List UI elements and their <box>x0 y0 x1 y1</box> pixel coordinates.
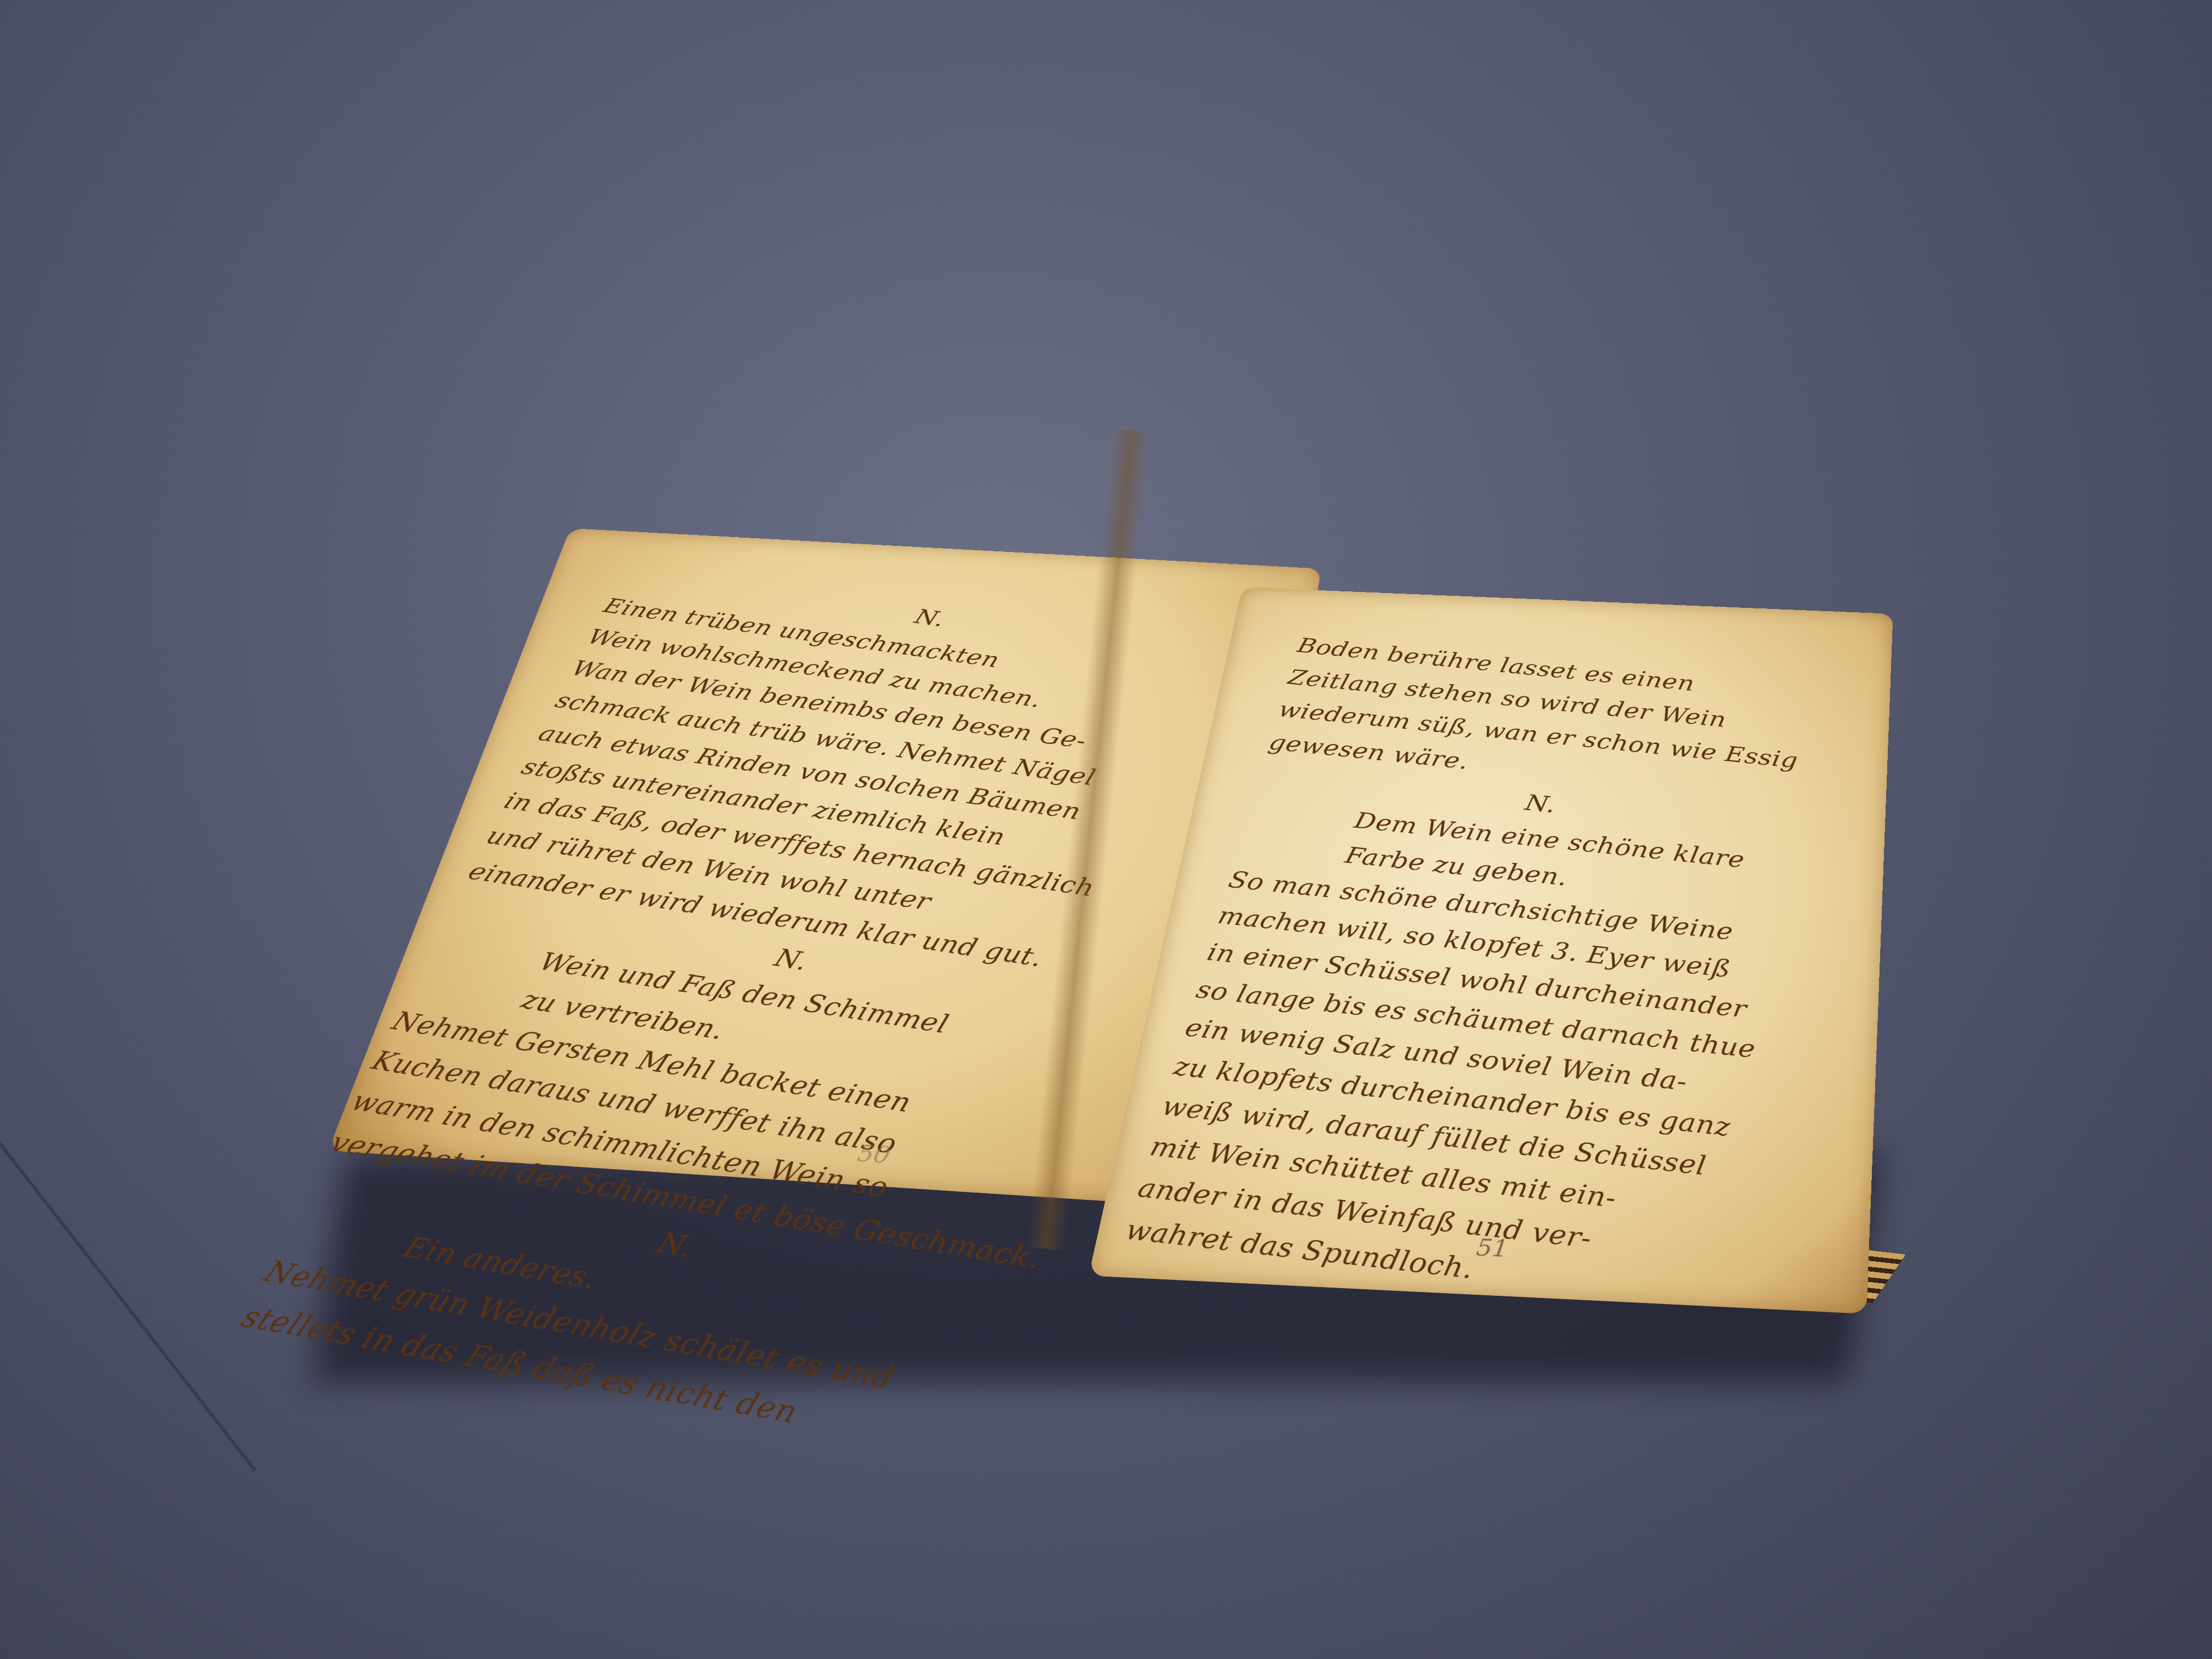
page-number: 51 <box>1475 1234 1510 1262</box>
floor-tile-seam <box>0 1141 257 1472</box>
page-number: 50 <box>855 1140 893 1169</box>
open-book: N. Einen trüben ungeschmackten Wein wohl… <box>307 340 1887 1410</box>
right-page-text: Boden berühre lasset es einen Zeitlang s… <box>1120 630 1847 1325</box>
